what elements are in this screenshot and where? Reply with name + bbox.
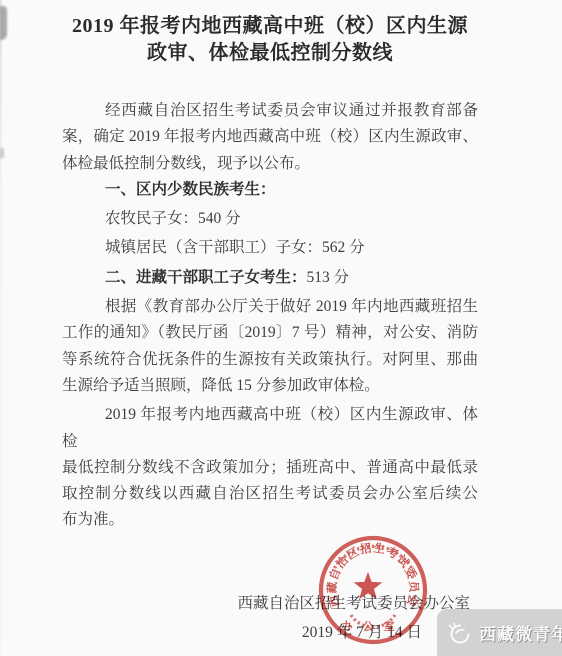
official-seal: 西藏自治区招生考试委员会 办公室 bbox=[317, 533, 429, 649]
scan-smudge bbox=[0, 6, 7, 40]
title-line-2: 政审、体检最低控制分数线 bbox=[62, 40, 478, 67]
text-line: 根据《教育部办公厅关于做好 2019 年内地西藏班招生 bbox=[62, 294, 478, 320]
score-item-urban: 城镇居民（含干部职工）子女：562 分 bbox=[62, 235, 478, 261]
watermark-badge: 西藏微青年 bbox=[437, 609, 562, 656]
text-line: 经西藏自治区招生考试委员会审议通过并报教育部备 bbox=[62, 98, 478, 124]
text-line: 案，确定 2019 年报考内地西藏高中班（校）区内生源政审、 bbox=[62, 124, 478, 150]
title-line-1: 2019 年报考内地西藏高中班（校）区内生源 bbox=[62, 13, 478, 40]
section-2-heading: 二、进藏干部职工子女考生：513 分 bbox=[62, 265, 478, 291]
watermark-text: 西藏微青年 bbox=[479, 620, 562, 645]
intro-paragraph: 经西藏自治区招生考试委员会审议通过并报教育部备 案，确定 2019 年报考内地西… bbox=[62, 98, 478, 177]
policy-paragraph: 根据《教育部办公厅关于做好 2019 年内地西藏班招生 工作的通知》（教民厅函〔… bbox=[62, 294, 478, 399]
scan-edge-artifact bbox=[0, 0, 2, 656]
watermark-logo-icon bbox=[446, 620, 472, 646]
section-2-label: 二、进藏干部职工子女考生： bbox=[105, 269, 307, 286]
scan-smudge bbox=[0, 148, 4, 158]
text-line: 生源给予适当照顾，降低 15 分参加政审体检。 bbox=[62, 373, 478, 399]
text-line: 布为准。 bbox=[62, 507, 478, 533]
seal-bottom-text: 办公室 bbox=[342, 619, 405, 633]
text-line: 体检最低控制分数线，现予以公布。 bbox=[62, 151, 478, 177]
section-1-heading: 一、区内少数民族考生： bbox=[62, 177, 478, 203]
text-line: 2019 年报考内地西藏高中班（校）区内生源政审、体检 bbox=[62, 402, 478, 455]
text-line: 等系统符合优抚条件的生源按有关政策执行。对阿里、那曲 bbox=[62, 347, 478, 373]
text-line: 取控制分数线以西藏自治区招生考试委员会办公室后续公 bbox=[62, 481, 478, 507]
section-2-score: 513 分 bbox=[307, 269, 350, 286]
note-paragraph: 2019 年报考内地西藏高中班（校）区内生源政审、体检 最低控制分数线不含政策加… bbox=[62, 402, 478, 533]
score-item-farmers: 农牧民子女：540 分 bbox=[62, 206, 478, 232]
text-line: 工作的通知》（教民厅函〔2019〕7 号）精神，对公安、消防 bbox=[62, 320, 478, 346]
document-page: 2019 年报考内地西藏高中班（校）区内生源 政审、体检最低控制分数线 经西藏自… bbox=[0, 0, 562, 656]
seal-star-icon bbox=[354, 572, 383, 599]
text-line: 最低控制分数线不含政策加分；插班高中、普通高中最低录 bbox=[62, 455, 478, 481]
page-title: 2019 年报考内地西藏高中班（校）区内生源 政审、体检最低控制分数线 bbox=[62, 13, 478, 67]
